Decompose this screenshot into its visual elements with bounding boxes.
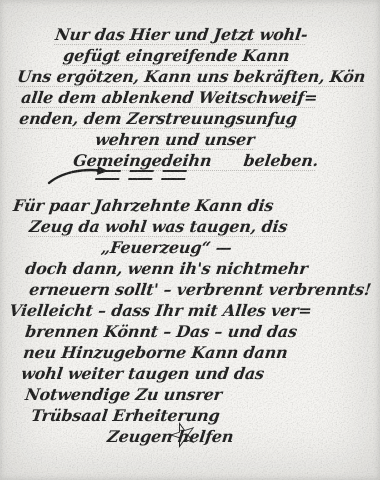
emphasis-underline-marks — [95, 170, 187, 180]
underline-dash — [95, 170, 121, 180]
handwritten-line: Trübsaal Erheiterung — [30, 405, 380, 426]
handwritten-line: wohl weiter taugen und das — [20, 363, 380, 384]
handwritten-line: enden, dem Zerstreuungsunfug — [18, 108, 380, 129]
handwritten-line: Vielleicht – dass Ihr mit Alles ver= — [8, 300, 380, 321]
handwritten-line: gefügt eingreifende Kann — [62, 45, 380, 66]
handwritten-line: Zeugen helfen — [106, 426, 380, 447]
scanned-page: Nur das Hier und Jetzt wohl-gefügt eingr… — [0, 0, 380, 480]
handwritten-line: alle dem ablenkend Weitschweif= — [20, 87, 380, 108]
handwritten-line: doch dann, wenn ih's nichtmehr — [24, 258, 380, 279]
handwritten-line: Zeug da wohl was taugen, dis — [28, 216, 380, 237]
underline-dash — [128, 170, 154, 180]
handwritten-line: erneuern sollt' – verbrennt verbrennts! — [28, 279, 380, 300]
handwritten-line: Uns ergötzen, Kann uns bekräften, Kön — [16, 66, 380, 87]
handwritten-line: neu Hinzugeborne Kann dann — [22, 342, 380, 363]
handwritten-line: Für paar Jahrzehnte Kann dis — [12, 195, 380, 216]
handwritten-line: „Feuerzeug“ — — [100, 237, 380, 258]
handwritten-line: wehren und unser — [94, 129, 380, 150]
handwritten-line: brennen Könnt – Das – und das — [24, 321, 380, 342]
handwritten-line: Nur das Hier und Jetzt wohl- — [54, 24, 380, 45]
handwritten-line: Gemeingedeihn beleben. — [72, 150, 380, 171]
handwritten-line: Notwendige Zu unsrer — [24, 384, 380, 405]
underline-dash — [161, 170, 187, 180]
handwriting-block: Nur das Hier und Jetzt wohl-gefügt eingr… — [0, 24, 380, 447]
